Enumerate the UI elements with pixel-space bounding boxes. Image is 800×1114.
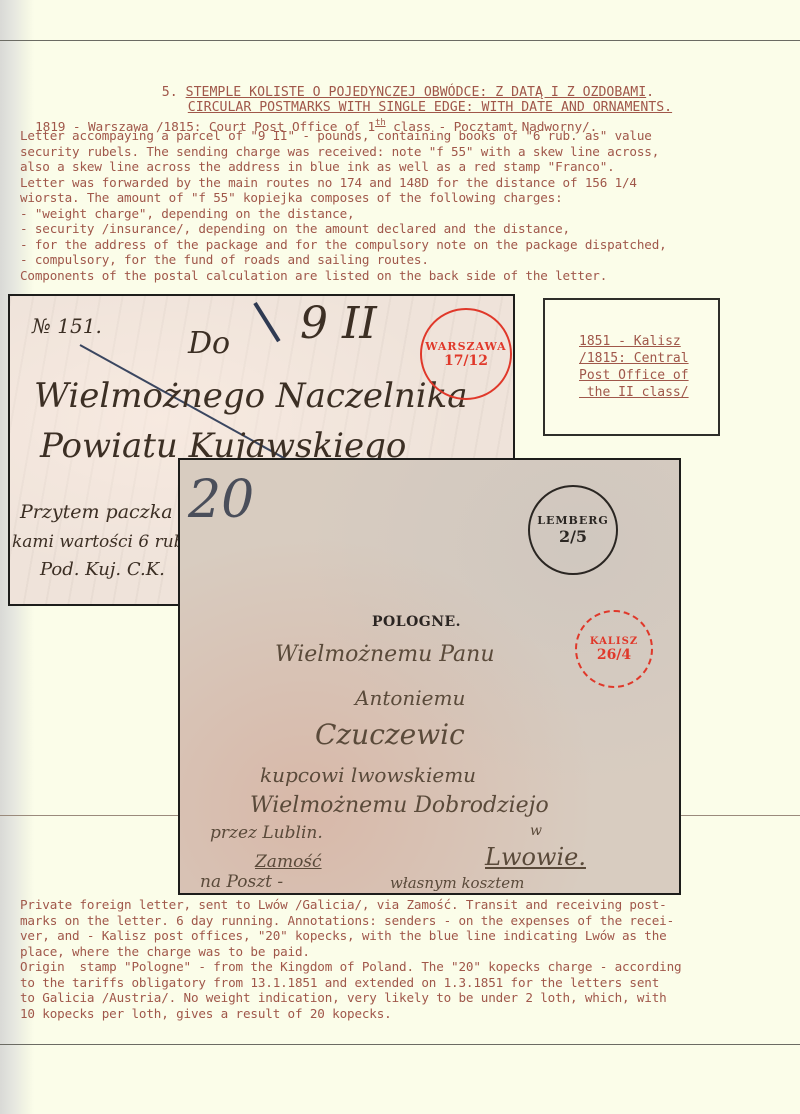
caption-line: /1815: Central — [579, 350, 689, 367]
blue-skew-line-top — [253, 302, 280, 342]
address-line-4: kupcowi lwowskiemu — [260, 763, 476, 787]
text-line: to Galicia /Austria/. No weight indicati… — [20, 990, 667, 1006]
kalisz-caption-box: 1851 - Kalisz/1815: CentralPost Office o… — [543, 298, 720, 436]
text-line: Private foreign letter, sent to Lwów /Ga… — [20, 897, 667, 913]
text-line: Components of the postal calculation are… — [20, 268, 607, 284]
address-line-5: Wielmożnemu Dobrodziejo — [250, 793, 549, 818]
letter-kalisz-1851: 20 POLOGNE. Wielmożnemu Panu Antoniemu C… — [178, 458, 681, 895]
postmark-date: 17/12 — [444, 353, 488, 369]
address-line-1: Do — [188, 326, 230, 361]
text-line: Letter was forwarded by the main routes … — [20, 175, 637, 191]
text-line: to the tariffs obligatory from 13.1.1851… — [20, 975, 659, 991]
top-rule — [0, 40, 800, 41]
text-line: marks on the letter. 6 day running. Anno… — [20, 913, 674, 929]
address-line-3: Czuczewic — [315, 718, 465, 751]
text-line: ver, and - Kalisz post offices, "20" kop… — [20, 928, 667, 944]
text-line: Origin stamp "Pologne" - from the Kingdo… — [20, 959, 681, 975]
route-line-2: Zamość — [255, 852, 322, 872]
text-line: Letter accompaying a parcel of "9 II" - … — [20, 128, 652, 144]
text-line: - security /insurance/, depending on the… — [20, 221, 570, 237]
charge-note-20: 20 — [188, 470, 254, 530]
lemberg-date: 2/5 — [559, 527, 587, 546]
caption-line: 1851 - Kalisz — [579, 333, 689, 350]
text-line: security rubels. The sending charge was … — [20, 144, 659, 160]
postmark-city: WARSZAWA — [425, 340, 506, 353]
route-line-3: na Poszt - — [200, 872, 283, 892]
text-line: 10 kopecks per loth, gives a result of 2… — [20, 1006, 392, 1022]
text-line: - compulsory, for the fund of roads and … — [20, 252, 429, 268]
kalisz-caption: 1851 - Kalisz/1815: CentralPost Office o… — [579, 333, 689, 401]
address-line-7: Lwowie. — [485, 843, 586, 871]
text-line: place, where the charge was to be paid. — [20, 944, 310, 960]
text-line: also a skew line across the address in b… — [20, 159, 615, 175]
address-line-6: w — [530, 823, 542, 839]
text-line: wiorsta. The amount of "f 55" kopiejka c… — [20, 190, 563, 206]
lemberg-city: LEMBERG — [537, 514, 609, 527]
weight-note: 9 II — [300, 298, 377, 349]
kalisz-postmark: KALISZ 26/4 — [575, 610, 653, 688]
lemberg-postmark: LEMBERG 2/5 — [528, 485, 618, 575]
address-line-2: Antoniemu — [355, 686, 465, 710]
letter-number-note: № 151. — [32, 314, 102, 338]
text-line: - for the address of the package and for… — [20, 237, 667, 253]
address-line-1: Wielmożnemu Panu — [275, 642, 495, 667]
address-line-2: Wielmożnego Naczelnika — [34, 376, 468, 416]
item1-title-superscript: th — [375, 118, 386, 128]
bottom-rule — [0, 1044, 800, 1045]
caption-line: the II class/ — [579, 384, 689, 401]
pologne-stamp: POLOGNE. — [372, 614, 461, 630]
route-line-1: przez Lublin. — [210, 823, 323, 843]
kalisz-date: 26/4 — [597, 647, 631, 663]
warszawa-postmark: WARSZAWA 17/12 — [420, 308, 512, 400]
text-line: - "weight charge", depending on the dist… — [20, 206, 354, 222]
kalisz-city: KALISZ — [590, 636, 638, 647]
content-note-3: Pod. Kuj. C.K. — [40, 559, 165, 580]
middle-rule-right — [681, 815, 800, 816]
route-line-4: własnym kosztem — [390, 874, 524, 892]
caption-line: Post Office of — [579, 367, 689, 384]
middle-rule-left — [0, 815, 178, 816]
